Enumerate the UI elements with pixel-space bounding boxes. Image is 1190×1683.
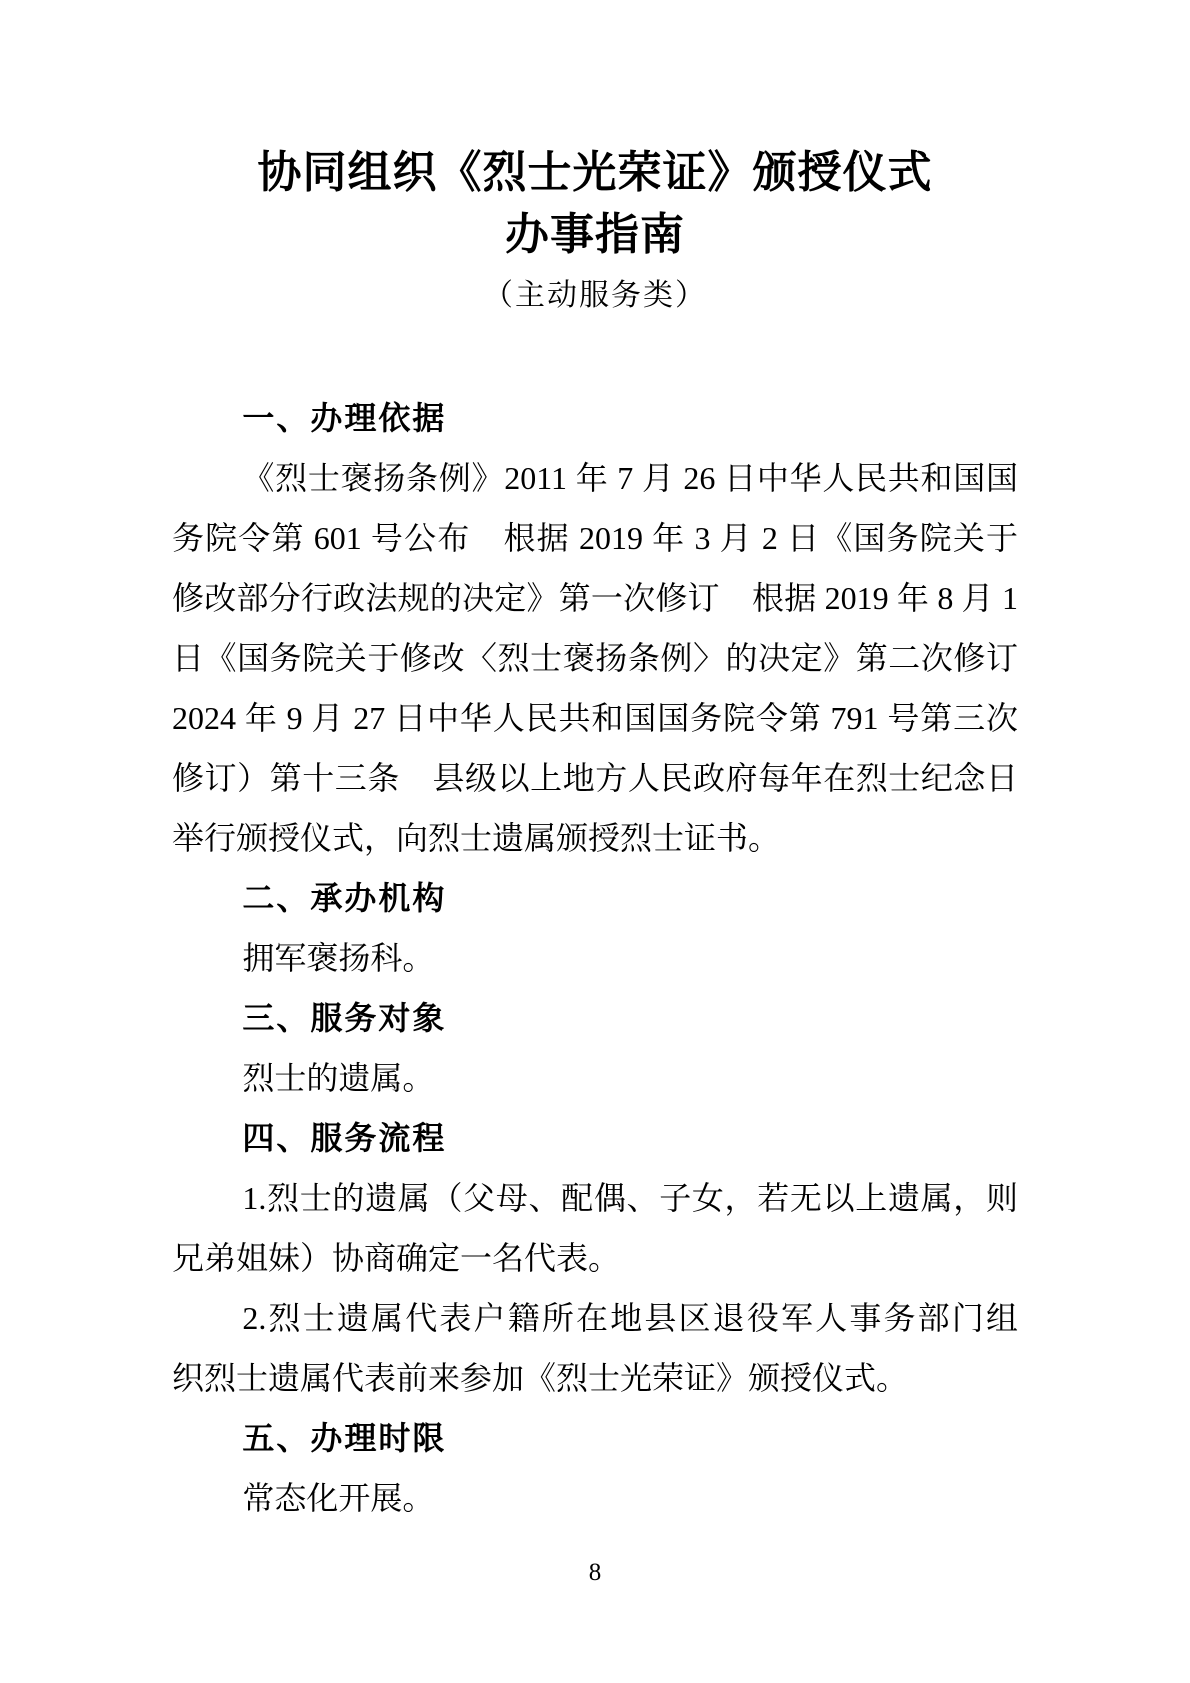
section-4-line: 1.烈士的遗属（父母、配偶、子女，若无以上遗属，则: [172, 1168, 1018, 1228]
section-heading-3: 三、服务对象: [172, 988, 1018, 1048]
document-title-line-2: 办事指南: [0, 204, 1190, 266]
section-1-line: 日《国务院关于修改〈烈士褒扬条例〉的决定》第二次修订: [172, 628, 1018, 688]
section-4-line: 2.烈士遗属代表户籍所在地县区退役军人事务部门组: [172, 1288, 1018, 1348]
section-heading-1: 一、办理依据: [172, 388, 1018, 448]
section-3-line: 烈士的遗属。: [172, 1048, 1018, 1108]
section-4-line: 兄弟姐妹）协商确定一名代表。: [172, 1228, 1018, 1288]
document-title: 协同组织《烈士光荣证》颁授仪式 办事指南: [0, 0, 1190, 266]
section-2-line: 拥军褒扬科。: [172, 928, 1018, 988]
section-heading-5: 五、办理时限: [172, 1408, 1018, 1468]
section-4-line: 织烈士遗属代表前来参加《烈士光荣证》颁授仪式。: [172, 1348, 1018, 1408]
document-body: 一、办理依据 《烈士褒扬条例》2011 年 7 月 26 日中华人民共和国国 务…: [172, 388, 1018, 1528]
section-5-line: 常态化开展。: [172, 1468, 1018, 1528]
section-1-line: 《烈士褒扬条例》2011 年 7 月 26 日中华人民共和国国: [172, 448, 1018, 508]
section-1-line: 2024 年 9 月 27 日中华人民共和国国务院令第 791 号第三次: [172, 688, 1018, 748]
section-1-line: 举行颁授仪式，向烈士遗属颁授烈士证书。: [172, 808, 1018, 868]
page-number: 8: [0, 1556, 1190, 1590]
section-1-line: 修订）第十三条 县级以上地方人民政府每年在烈士纪念日: [172, 748, 1018, 808]
section-1-line: 修改部分行政法规的决定》第一次修订 根据 2019 年 8 月 1: [172, 568, 1018, 628]
section-1-line: 务院令第 601 号公布 根据 2019 年 3 月 2 日《国务院关于: [172, 508, 1018, 568]
section-heading-4: 四、服务流程: [172, 1108, 1018, 1168]
document-page: 协同组织《烈士光荣证》颁授仪式 办事指南 （主动服务类） 一、办理依据 《烈士褒…: [0, 0, 1190, 1683]
section-heading-2: 二、承办机构: [172, 868, 1018, 928]
document-subtitle: （主动服务类）: [0, 266, 1190, 326]
document-title-line-1: 协同组织《烈士光荣证》颁授仪式: [0, 142, 1190, 204]
